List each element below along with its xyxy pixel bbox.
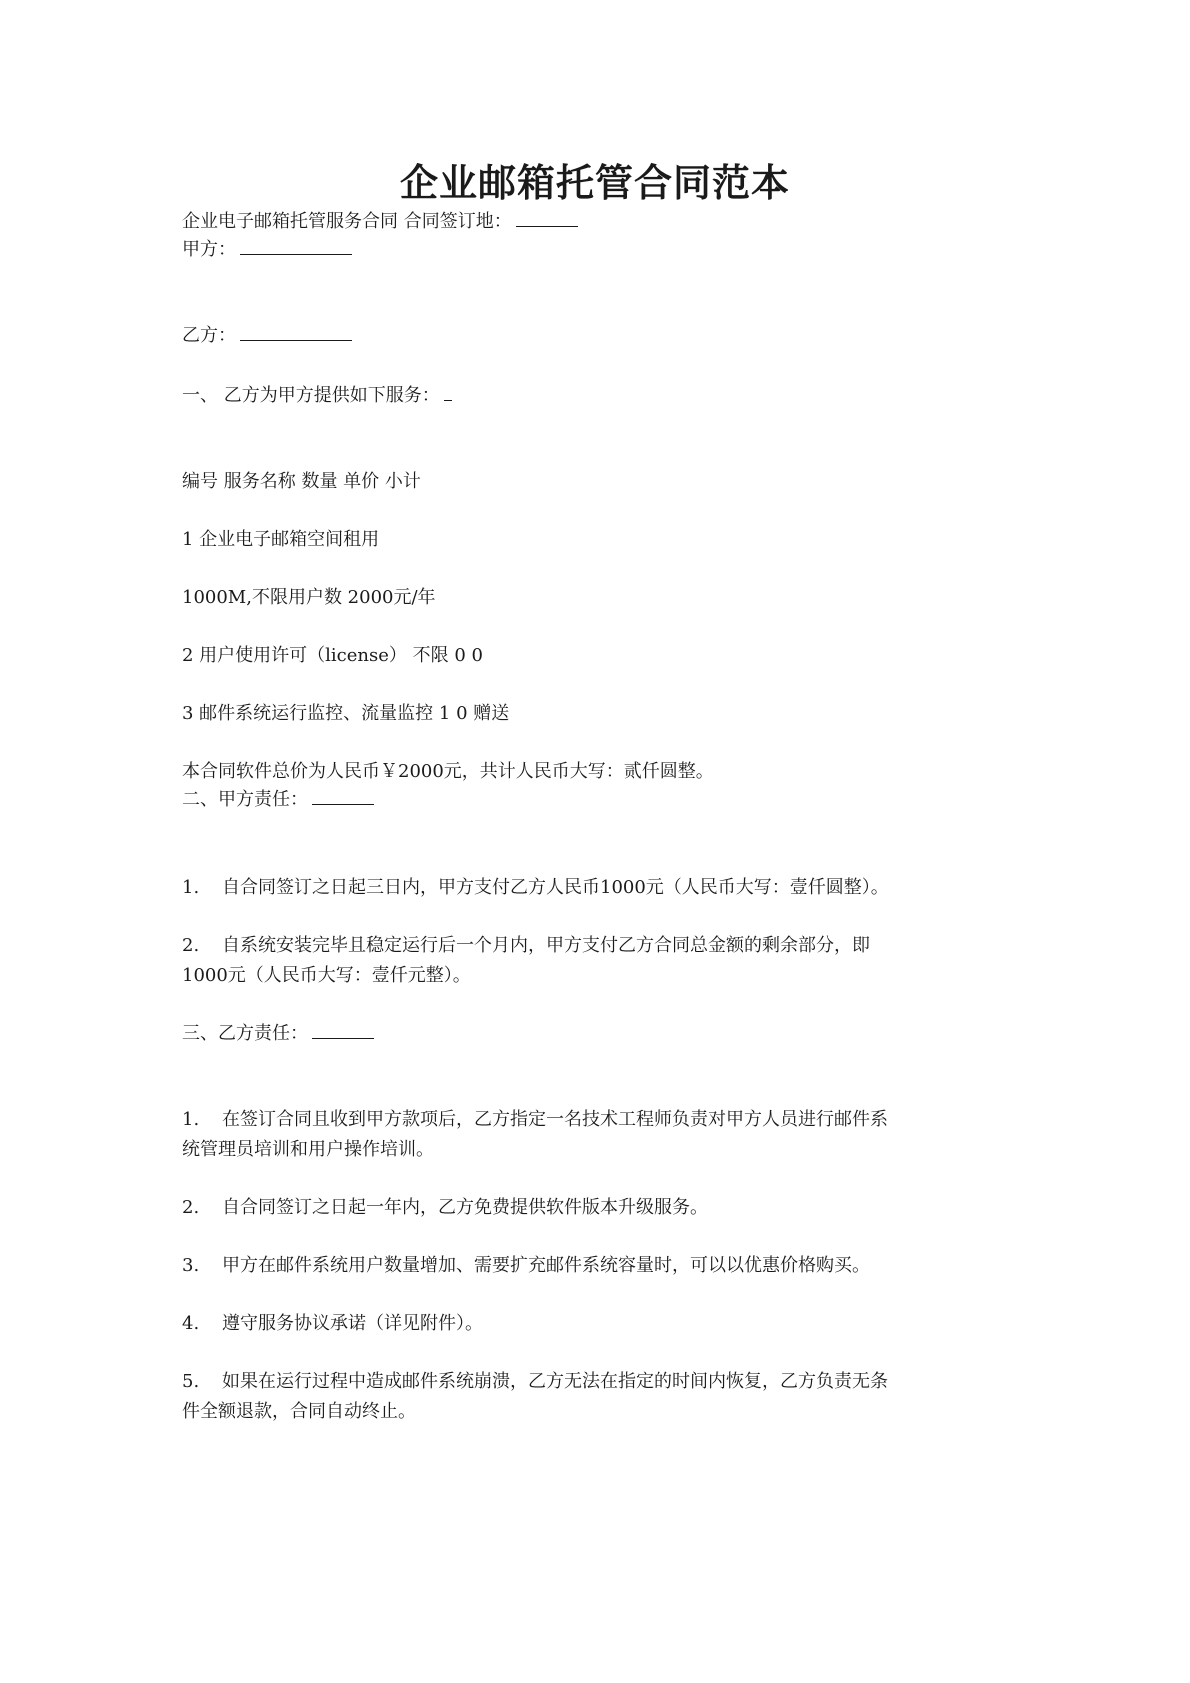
item-text: 自合同签订之日起三日内，甲方支付乙方人民币1000元（人民币大写：壹仟圆整）。	[222, 877, 889, 898]
party-a-blank	[240, 236, 352, 255]
item-text: 自系统安装完毕且稳定运行后一个月内，甲方支付乙方合同总金额的剩余部分，即	[222, 935, 870, 956]
party-b-blank	[240, 322, 352, 341]
document-title: 企业邮箱托管合同范本	[0, 160, 1190, 206]
section2-blank	[312, 786, 374, 805]
item-number: 2.	[182, 1194, 222, 1222]
section3-item: 3.甲方在邮件系统用户数量增加、需要扩充邮件系统容量时，可以以优惠价格购买。	[182, 1252, 870, 1280]
item-number: 4.	[182, 1310, 222, 1338]
section3-item-cont: 件全额退款，合同自动终止。	[182, 1398, 416, 1426]
service-row: 1000M,不限用户数 2000元/年	[182, 584, 436, 612]
item-text: 在签订合同且收到甲方款项后，乙方指定一名技术工程师负责对甲方人员进行邮件系	[222, 1109, 888, 1130]
service-table-header: 编号 服务名称 数量 单价 小计	[182, 468, 421, 496]
item-number: 2.	[182, 932, 222, 960]
section2-heading-text: 二、甲方责任：	[182, 789, 308, 810]
item-number: 1.	[182, 1106, 222, 1134]
party-b-label: 乙方：	[182, 325, 236, 346]
signing-place-blank	[516, 208, 578, 227]
service-row: 1 企业电子邮箱空间租用	[182, 526, 379, 554]
section1-heading: 一、 乙方为甲方提供如下服务：	[182, 382, 452, 410]
section3-blank	[312, 1020, 374, 1039]
section3-item-cont: 统管理员培训和用户操作培训。	[182, 1136, 434, 1164]
section3-item: 5.如果在运行过程中造成邮件系统崩溃，乙方无法在指定的时间内恢复，乙方负责无条	[182, 1368, 888, 1396]
header-line: 企业电子邮箱托管服务合同 合同签订地：	[182, 208, 578, 236]
item-text: 甲方在邮件系统用户数量增加、需要扩充邮件系统容量时，可以以优惠价格购买。	[222, 1255, 870, 1276]
section2-item-cont: 1000元（人民币大写：壹仟元整）。	[182, 962, 471, 990]
section2-heading: 二、甲方责任：	[182, 786, 374, 814]
header-text: 企业电子邮箱托管服务合同 合同签订地：	[182, 211, 512, 232]
party-a-line: 甲方：	[182, 236, 352, 264]
service-row: 2 用户使用许可（license） 不限 0 0	[182, 642, 483, 670]
section3-item: 4.遵守服务协议承诺（详见附件）。	[182, 1310, 483, 1338]
item-number: 3.	[182, 1252, 222, 1280]
section3-heading: 三、乙方责任：	[182, 1020, 374, 1048]
section3-item: 1.在签订合同且收到甲方款项后，乙方指定一名技术工程师负责对甲方人员进行邮件系	[182, 1106, 888, 1134]
section1-heading-text: 一、 乙方为甲方提供如下服务：	[182, 385, 440, 406]
section3-heading-text: 三、乙方责任：	[182, 1023, 308, 1044]
item-number: 1.	[182, 874, 222, 902]
party-a-label: 甲方：	[182, 239, 236, 260]
item-text: 遵守服务协议承诺（详见附件）。	[222, 1313, 483, 1334]
item-text: 如果在运行过程中造成邮件系统崩溃，乙方无法在指定的时间内恢复，乙方负责无条	[222, 1371, 888, 1392]
total-price: 本合同软件总价为人民币￥2000元，共计人民币大写：贰仟圆整。	[182, 758, 714, 786]
item-number: 5.	[182, 1368, 222, 1396]
party-b-line: 乙方：	[182, 322, 352, 350]
section2-item: 2.自系统安装完毕且稳定运行后一个月内，甲方支付乙方合同总金额的剩余部分，即	[182, 932, 870, 960]
service-row: 3 邮件系统运行监控、流量监控 1 0 赠送	[182, 700, 509, 728]
section1-blank	[444, 382, 452, 401]
section2-item: 1.自合同签订之日起三日内，甲方支付乙方人民币1000元（人民币大写：壹仟圆整）…	[182, 874, 889, 902]
section3-item: 2.自合同签订之日起一年内，乙方免费提供软件版本升级服务。	[182, 1194, 708, 1222]
item-text: 自合同签订之日起一年内，乙方免费提供软件版本升级服务。	[222, 1197, 708, 1218]
